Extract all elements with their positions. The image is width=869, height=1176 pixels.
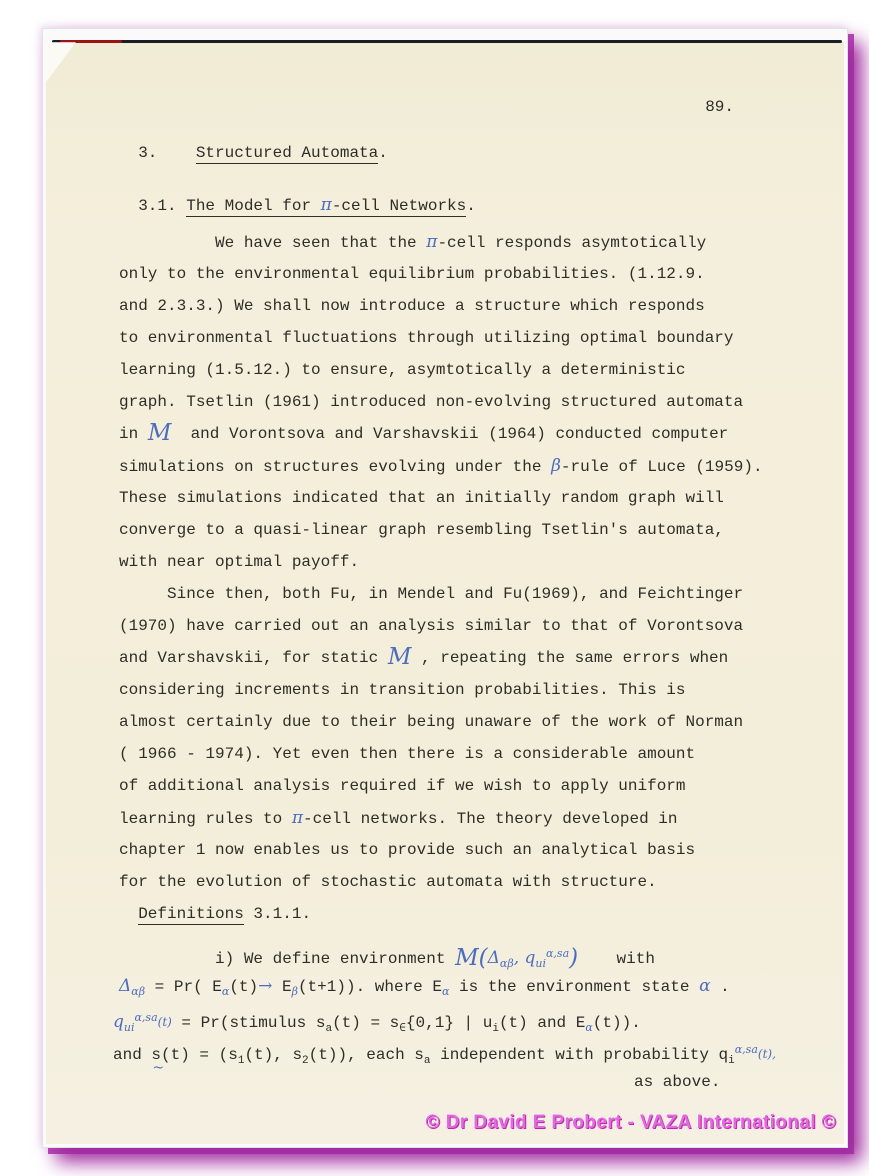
body-line: considering increments in transition pro… xyxy=(119,674,814,706)
body-line: simulations on structures evolving under… xyxy=(119,450,814,482)
paper-page: 89. 3. Structured Automata. 3.1. The Mod… xyxy=(46,42,844,1144)
scanned-document-screenshot: 89. 3. Structured Automata. 3.1. The Mod… xyxy=(0,0,869,1176)
body-line: only to the environmental equilibrium pr… xyxy=(119,258,814,290)
typewritten-content: 89. 3. Structured Automata. 3.1. The Mod… xyxy=(119,42,814,1098)
body-line: (1970) have carried out an analysis simi… xyxy=(119,610,814,642)
body-line: ( 1966 - 1974). Yet even then there is a… xyxy=(119,738,814,770)
body-line: converge to a quasi-linear graph resembl… xyxy=(119,514,814,546)
body-line: for the evolution of stochastic automata… xyxy=(119,866,814,898)
body-line: and 2.3.3.) We shall now introduce a str… xyxy=(119,290,814,322)
body-line: We have seen that the π-cell responds as… xyxy=(119,226,814,258)
math-line: Δαβ = Pr( Eα(t)→ Eβ(t+1)). where Eα is t… xyxy=(119,970,814,1002)
subsection-heading: 3.1. The Model for π-cell Networks. xyxy=(119,192,814,218)
scan-mat: 89. 3. Structured Automata. 3.1. The Mod… xyxy=(42,28,848,1148)
body-line: to environmental fluctuations through ut… xyxy=(119,322,814,354)
body-line: almost certainly due to their being unaw… xyxy=(119,706,814,738)
body-line: graph. Tsetlin (1961) introduced non-evo… xyxy=(119,386,814,418)
math-line: quiα,sa(t) = Pr(stimulus sa(t) = s∈{0,1}… xyxy=(113,1002,814,1034)
math-line: i) We define environment M(Δαβ, quiα,sa)… xyxy=(119,938,814,970)
section-heading: 3. Structured Automata. xyxy=(119,140,814,166)
as-above-line: as above. xyxy=(119,1066,814,1098)
body-line: chapter 1 now enables us to provide such… xyxy=(119,834,814,866)
body-line: in M and Vorontsova and Varshavskii (196… xyxy=(119,418,814,450)
copyright-watermark: © Dr David E Probert - VAZA Internationa… xyxy=(426,1112,836,1134)
body-line: These simulations indicated that an init… xyxy=(119,482,814,514)
math-line: and s(t) = (s1(t), s2(t)), each sa indep… xyxy=(113,1034,814,1066)
body-line: and Varshavskii, for static M , repeatin… xyxy=(119,642,814,674)
body-line: Since then, both Fu, in Mendel and Fu(19… xyxy=(119,578,814,610)
body-line: with near optimal payoff. xyxy=(119,546,814,578)
page-number: 89. xyxy=(119,96,814,118)
folded-corner xyxy=(46,42,76,82)
body-line: learning rules to π-cell networks. The t… xyxy=(119,802,814,834)
body-line: learning (1.5.12.) to ensure, asymtotica… xyxy=(119,354,814,386)
definitions-heading: Definitions 3.1.1. xyxy=(119,898,814,930)
body-line: of additional analysis required if we wi… xyxy=(119,770,814,802)
